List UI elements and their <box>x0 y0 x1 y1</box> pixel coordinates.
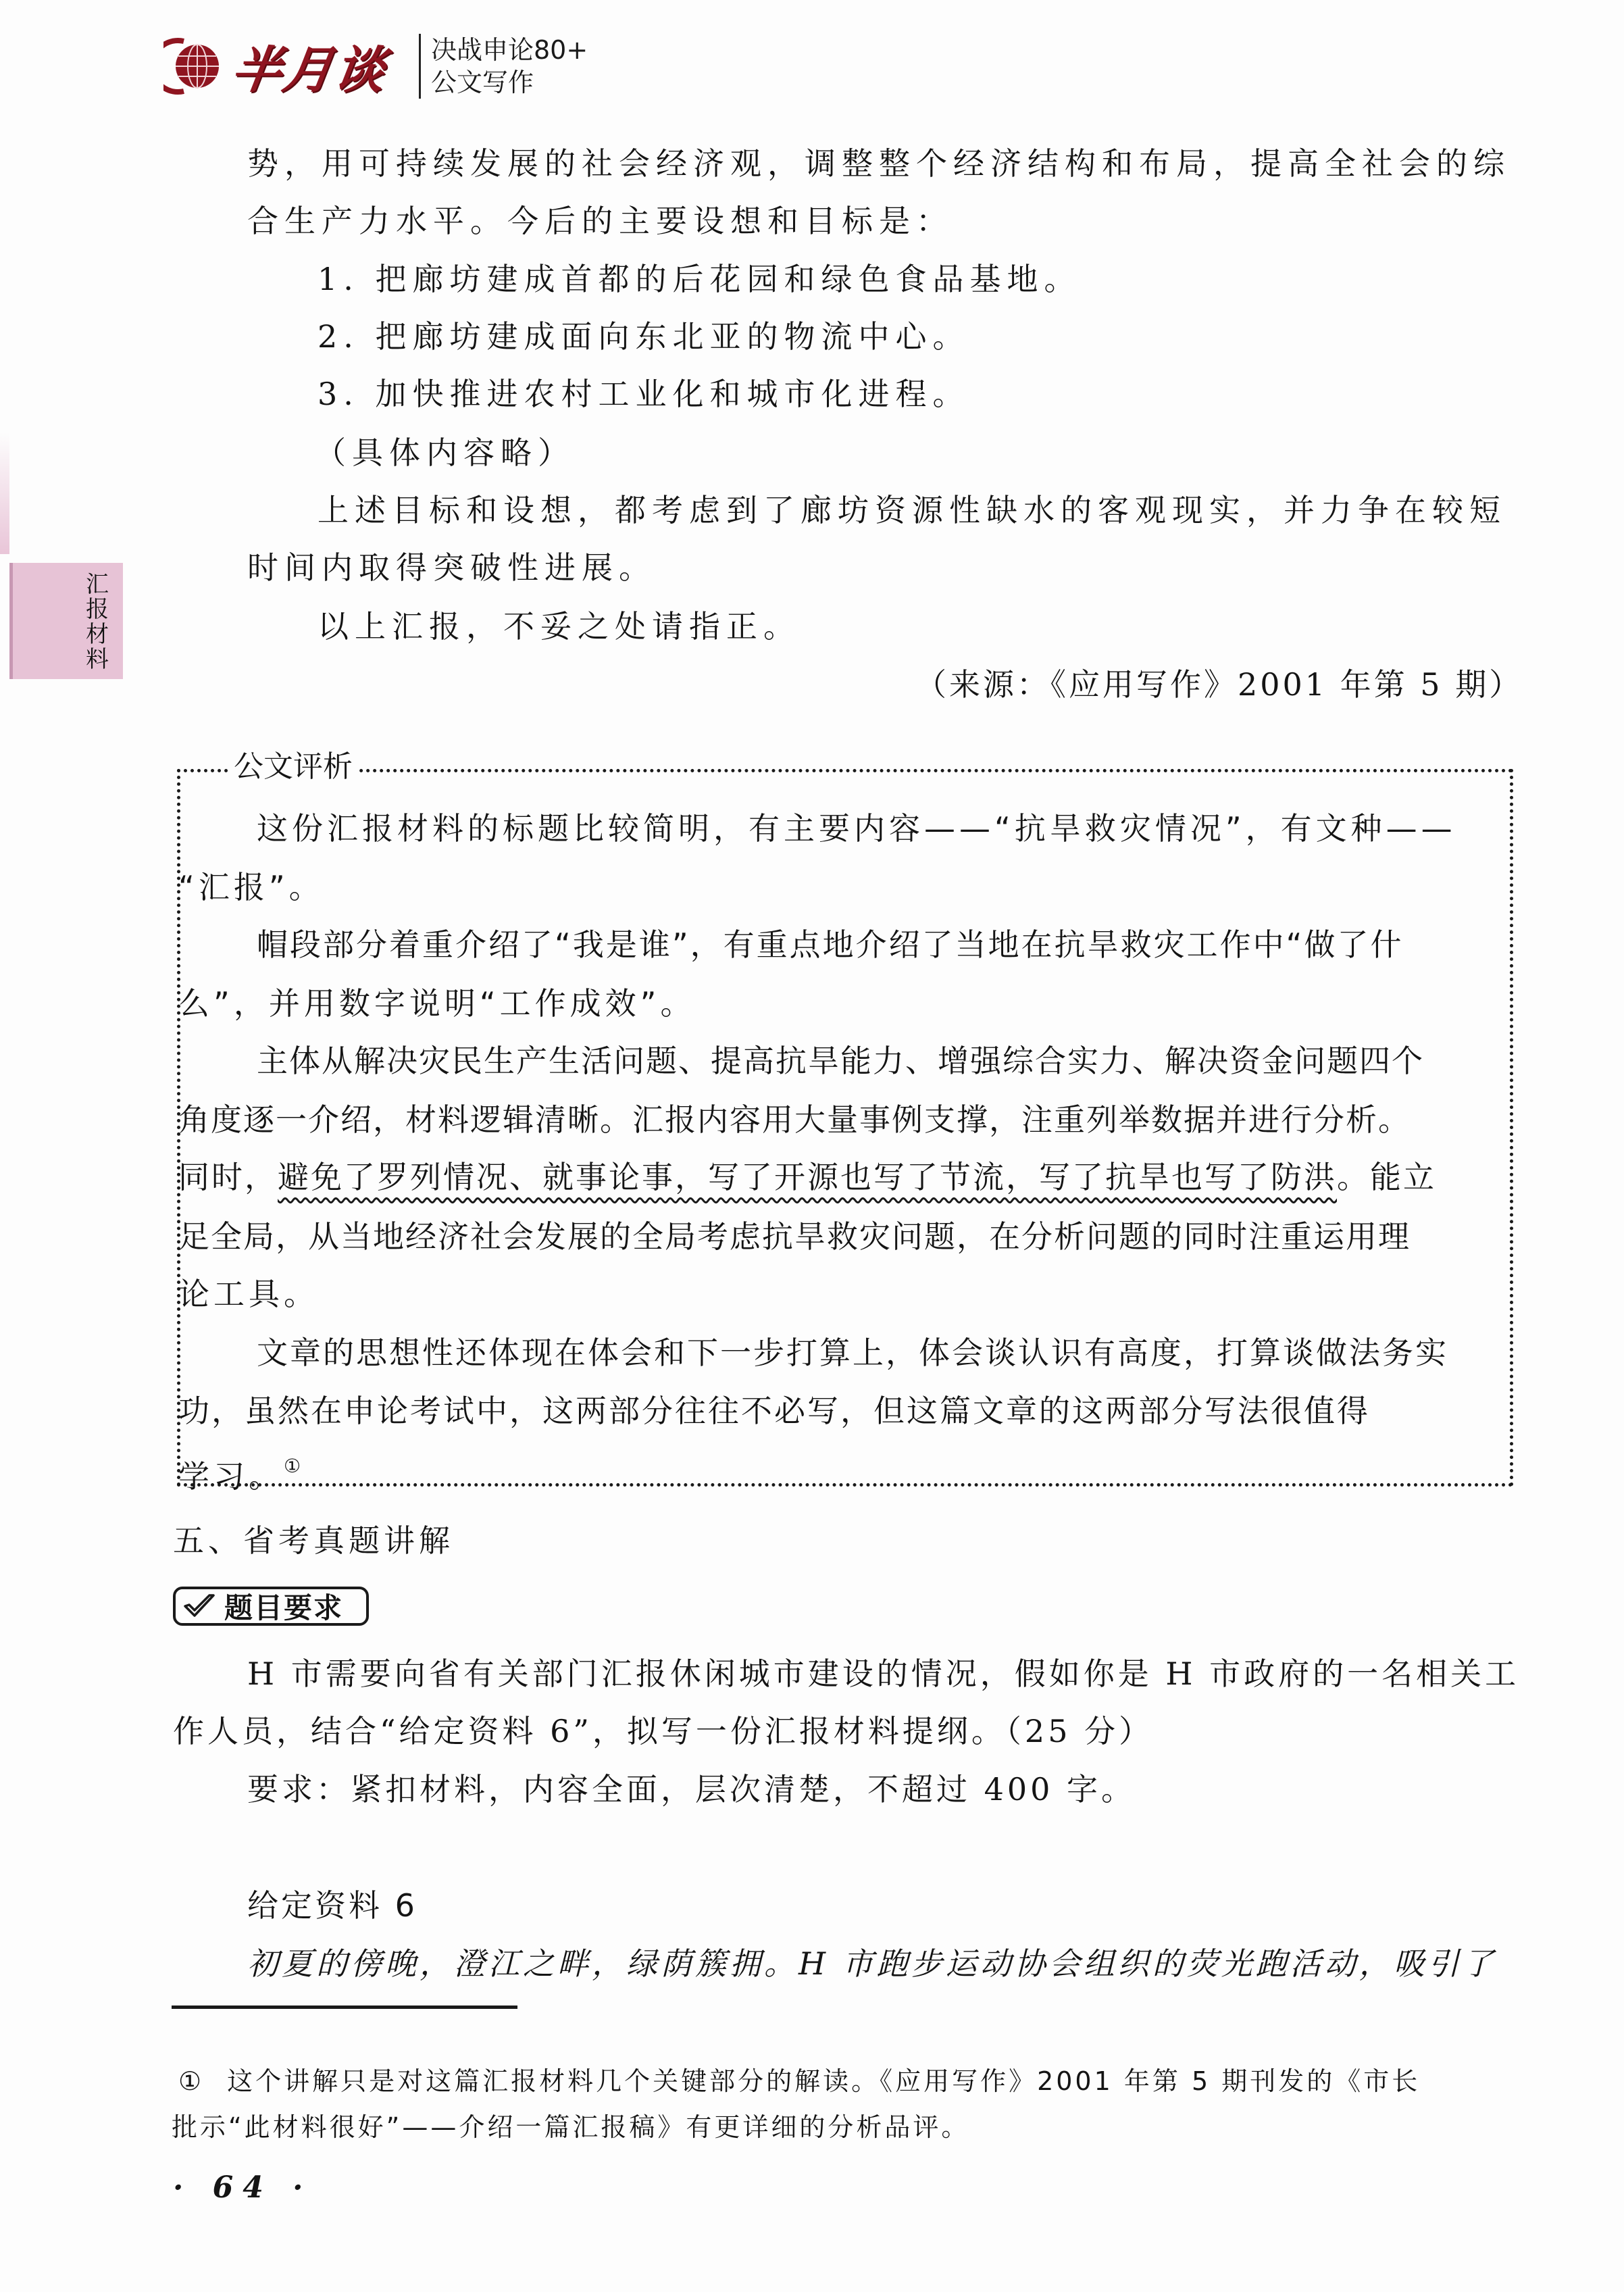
wavy-underlined-text: 避免了罗列情况、就事论事，写了开源也写了节流，写了抗旱也写了防洪 <box>278 1159 1337 1195</box>
body-line: 以上汇报，不妥之处请指正。 <box>318 606 801 647</box>
question-requirement-badge: 题目要求 <box>173 1587 369 1626</box>
material-text: 初夏的傍晚，澄江之畔，绿荫簇拥。H 市跑步运动协会组织的荧光跑活动，吸引了 <box>247 1943 1497 1984</box>
check-icon <box>182 1593 216 1620</box>
footnote-text: 这个讲解只是对这篇汇报材料几个关键部分的解读。《应用写作》2001 年第 5 期… <box>227 2066 1420 2096</box>
page-number: · 64 · <box>173 2170 313 2205</box>
footnote-line-1: ①这个讲解只是对这篇汇报材料几个关键部分的解读。《应用写作》2001 年第 5 … <box>178 2061 1420 2101</box>
analysis-line: “汇报”。 <box>178 867 324 907</box>
question-line: H 市需要向省有关部门汇报休闲城市建设的情况，假如你是 H 市政府的一名相关工 <box>247 1653 1519 1694</box>
analysis-line: 这份汇报材料的标题比较简明，有主要内容——“抗旱救灾情况”，有文种—— <box>257 808 1456 849</box>
analysis-text: 。能立 <box>1337 1159 1436 1195</box>
footnote-line-2: 批示“此材料很好”——介绍一篇汇报稿》有更详细的分析品评。 <box>172 2107 969 2147</box>
body-line: 时间内取得突破性进展。 <box>247 547 656 588</box>
analysis-line: 么”，并用数字说明“工作成效”。 <box>178 983 696 1024</box>
analysis-line: 主体从解决灾民生产生活问题、提高抗旱能力、增强综合实力、解决资金问题四个 <box>257 1041 1424 1081</box>
badge-label: 题目要求 <box>224 1586 343 1626</box>
header-divider <box>419 34 421 99</box>
book-title-line2: 公文写作 <box>431 66 588 99</box>
analysis-line: 功，虽然在申论考试中，这两部分往往不必写，但这篇文章的这两部分写法很值得 <box>178 1391 1370 1431</box>
analysis-line: 论工具。 <box>178 1274 319 1314</box>
goal-item-2: 2. 把廊坊建成面向东北亚的物流中心。 <box>318 316 970 357</box>
body-line: 合生产力水平。今后的主要设想和目标是： <box>247 201 953 241</box>
source-citation: （来源：《应用写作》2001 年第 5 期） <box>915 664 1523 705</box>
body-line: （具体内容略） <box>315 432 575 473</box>
chapter-tab-label: 汇报材料 <box>84 572 111 672</box>
body-line: 势，用可持续发展的社会经济观，调整整个经济结构和布局，提高全社会的综 <box>247 143 1511 184</box>
analysis-text: 学习。 <box>178 1458 284 1495</box>
brand-name: 半月谈 <box>228 30 392 102</box>
analysis-text: 同时， <box>178 1159 278 1195</box>
section-heading: 五、省考真题讲解 <box>173 1520 454 1561</box>
analysis-box-title: 公文评析 <box>230 747 357 787</box>
globe-logo-icon <box>163 36 224 97</box>
material-title: 给定资料 6 <box>247 1885 417 1926</box>
analysis-line-last: 学习。① <box>178 1446 301 1497</box>
analysis-line: 帽段部分着重介绍了“我是谁”，有重点地介绍了当地在抗旱救灾工作中“做了什 <box>257 924 1404 965</box>
analysis-line: 文章的思想性还体现在体会和下一步打算上，体会谈认识有高度，打算谈做法务实 <box>257 1332 1448 1373</box>
question-line: 作人员，结合“给定资料 6”，拟写一份汇报材料提纲。（25 分） <box>173 1711 1153 1751</box>
chapter-tab: 汇报材料 <box>9 563 123 679</box>
side-edge-strip <box>0 432 9 554</box>
book-title-line1: 决战申论80+ <box>431 34 588 66</box>
goal-item-3: 3. 加快推进农村工业化和城市化进程。 <box>318 374 970 414</box>
question-requirements: 要求：紧扣材料，内容全面，层次清楚，不超过 400 字。 <box>247 1769 1136 1810</box>
body-line: 上述目标和设想，都考虑到了廊坊资源性缺水的客观现实，并力争在较短 <box>318 490 1506 530</box>
analysis-line: 足全局，从当地经济社会发展的全局考虑抗旱救灾问题，在分析问题的同时注重运用理 <box>178 1216 1411 1257</box>
footnote-separator <box>172 2005 517 2009</box>
book-title: 决战申论80+ 公文写作 <box>431 34 588 99</box>
analysis-line-highlighted: 同时，避免了罗列情况、就事论事，写了开源也写了节流，写了抗旱也写了防洪。能立 <box>178 1157 1436 1197</box>
footnote-marker: ① <box>178 2066 204 2096</box>
footnote-ref-link[interactable]: ① <box>284 1455 301 1477</box>
goal-item-1: 1. 把廊坊建成首都的后花园和绿色食品基地。 <box>318 259 1082 299</box>
analysis-line: 角度逐一介绍，材料逻辑清晰。汇报内容用大量事例支撑，注重列举数据并进行分析。 <box>178 1099 1411 1140</box>
